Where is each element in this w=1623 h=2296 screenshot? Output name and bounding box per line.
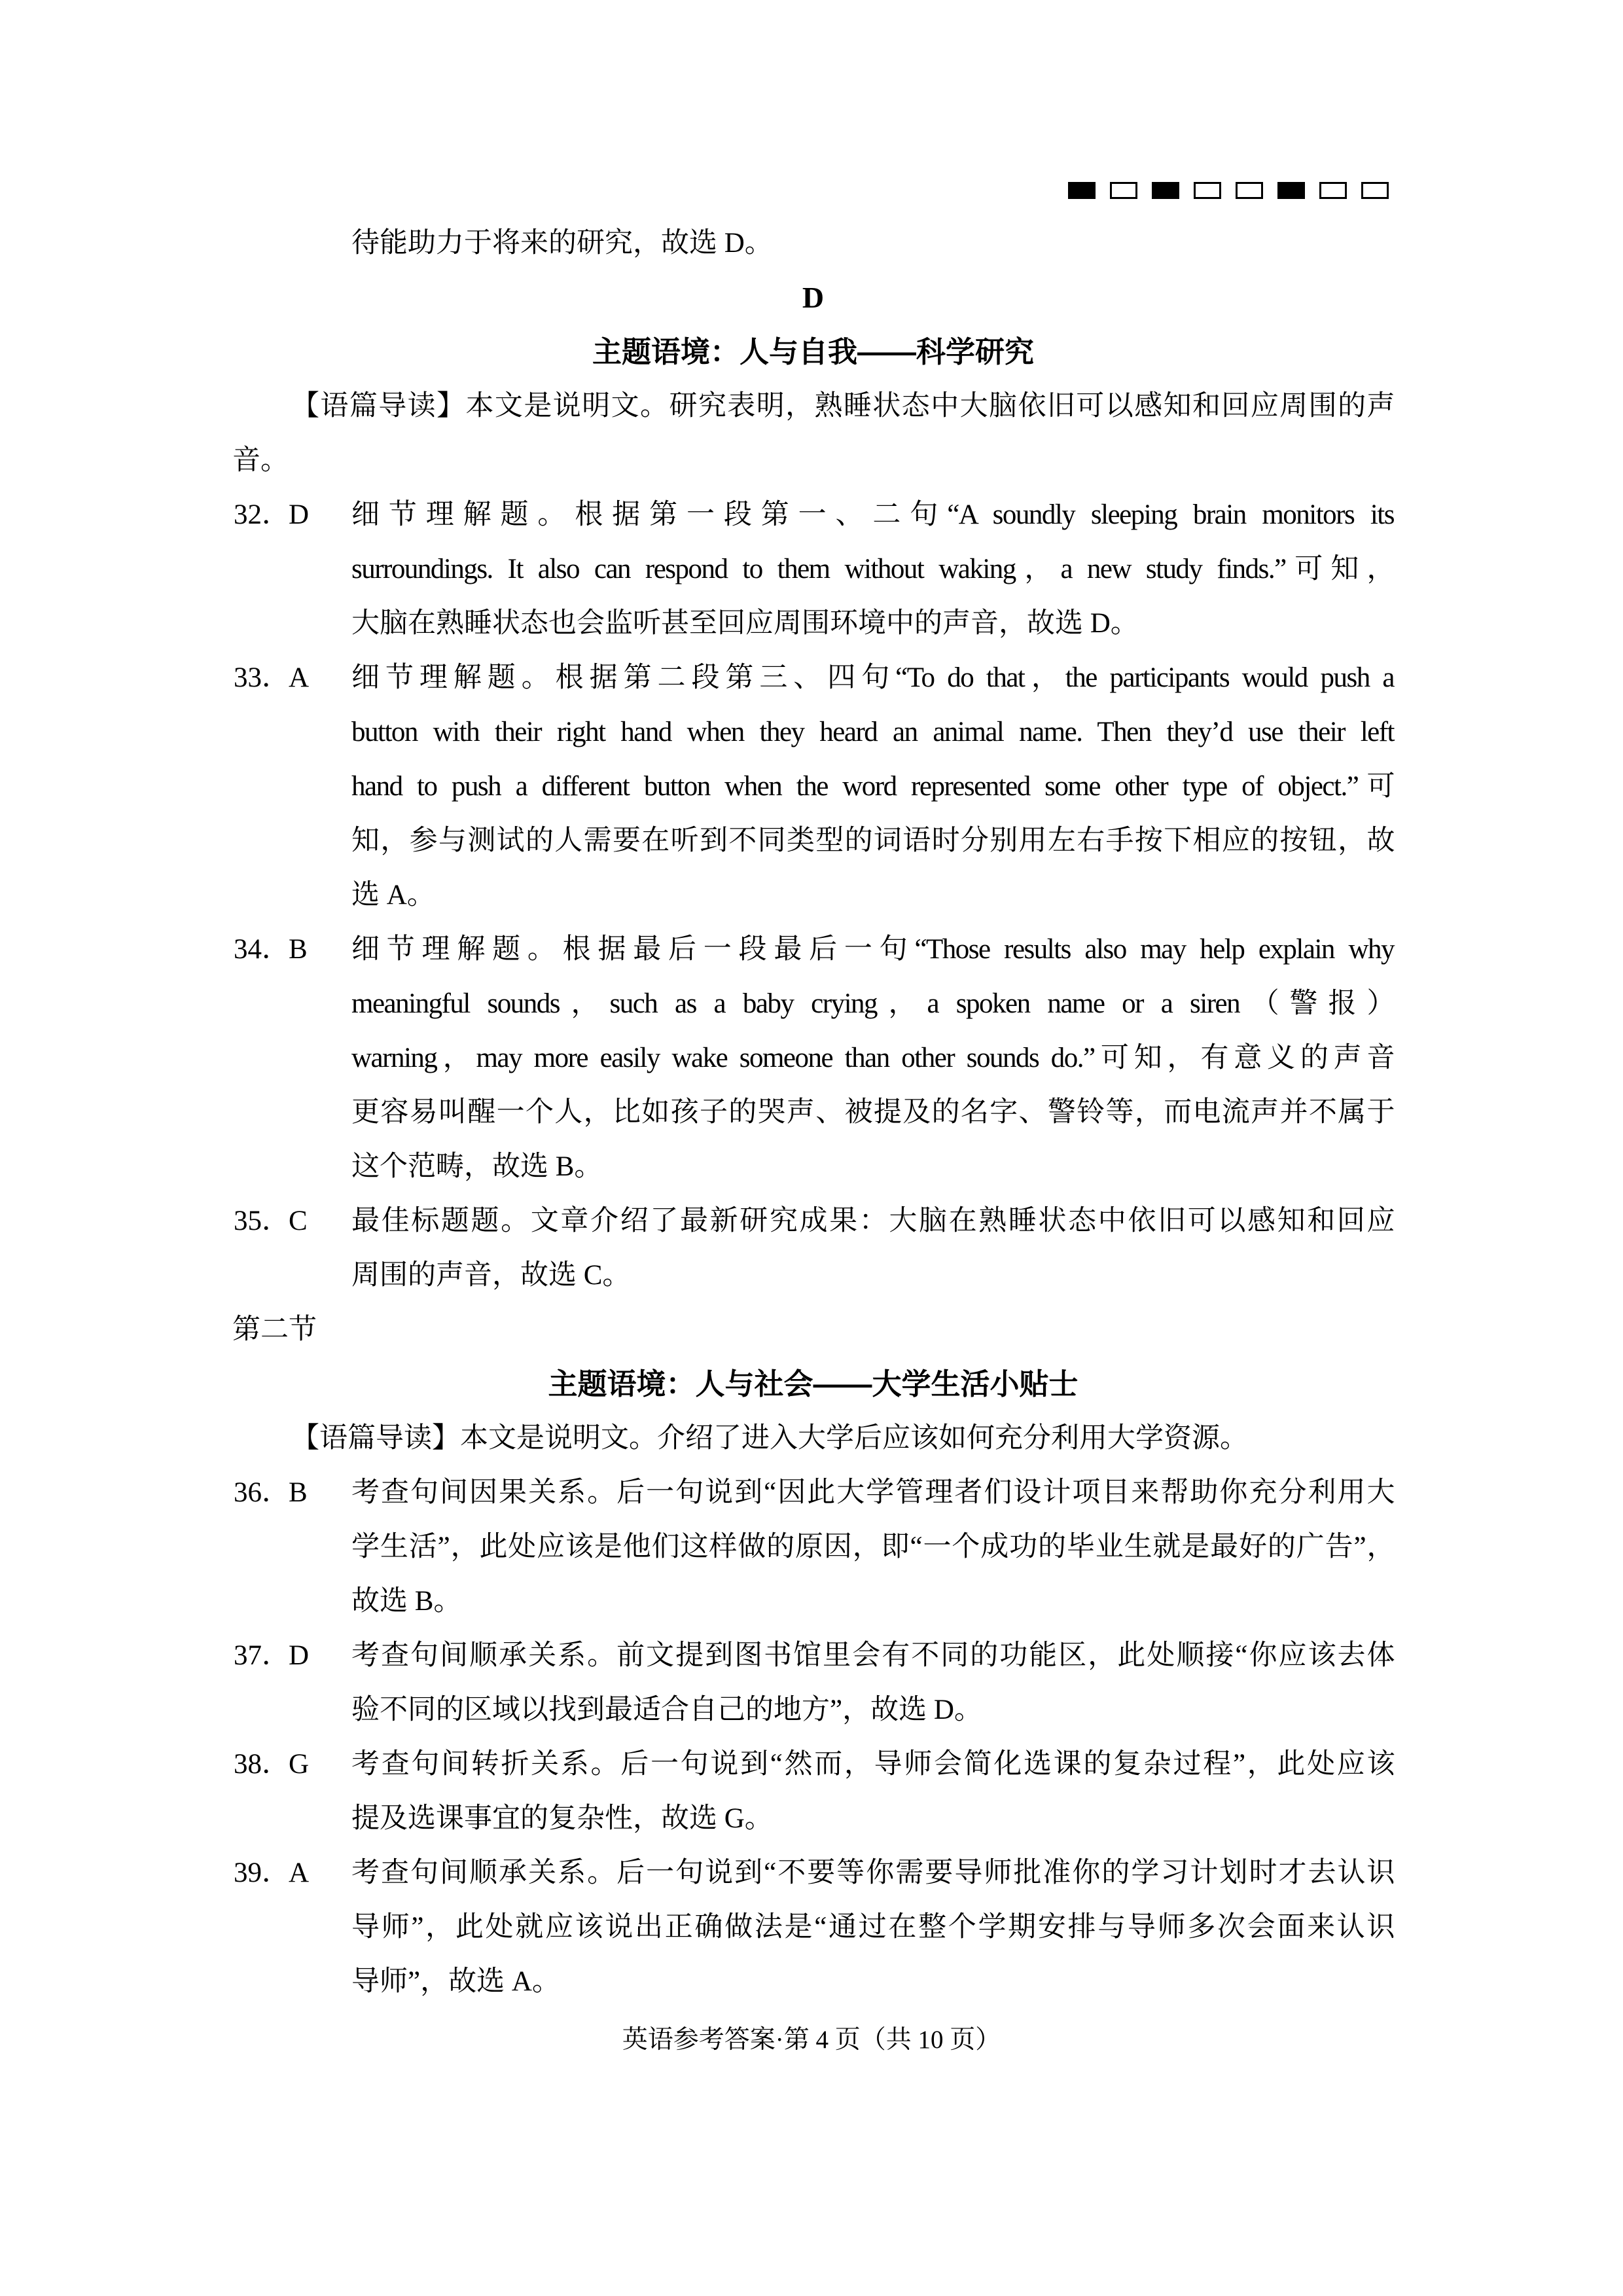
page-footer: 英语参考答案·第 4 页（共 10 页） (0, 2024, 1623, 2056)
answer-letter: B (289, 922, 308, 977)
explanation-continuation-line: 导师”，此处就应该说出正确做法是“通过在整个学期安排与导师多次会面来认识 (232, 1900, 1394, 1954)
line-text: 细节理解题。根据第二段第三、四句“To do that，the particip… (351, 651, 1394, 705)
line-text: 主题语境：人与自我——科学研究 (232, 325, 1394, 379)
item-number: 35． (234, 1194, 290, 1248)
explanation-continuation-line: 提及选课事宜的复杂性，故选 G。 (232, 1791, 1394, 1846)
line-text: 细节理解题。根据最后一段最后一句“Those results also may … (351, 922, 1394, 977)
explanation-continuation-line: 故选 B。 (232, 1574, 1394, 1628)
explanation-continuation-line: 大脑在熟睡状态也会监听甚至回应周围环境中的声音，故选 D。 (232, 596, 1394, 651)
content-area: 待能助力于将来的研究，故选 D。D主题语境：人与自我——科学研究【语篇导读】本文… (232, 216, 1394, 2009)
item-number: 36． (234, 1465, 290, 1520)
line-text: 考查句间顺承关系。后一句说到“不要等你需要导师批准你的学习计划时才去认识 (351, 1846, 1394, 1900)
answer-letter: D (289, 488, 309, 542)
line-text: 主题语境：人与社会——大学生活小贴士 (232, 1357, 1394, 1411)
answer-item-line: 33．A细节理解题。根据第二段第三、四句“To do that，the part… (232, 651, 1394, 705)
line-text: 周围的声音，故选 C。 (351, 1248, 1394, 1302)
line-text: 待能助力于将来的研究，故选 D。 (351, 216, 1394, 270)
explanation-continuation-line: 知，参与测试的人需要在听到不同类型的词语时分别用左右手按下相应的按钮，故 (232, 814, 1394, 868)
line-text: 这个范畴，故选 B。 (351, 1139, 1394, 1194)
explanation-continuation-line: 周围的声音，故选 C。 (232, 1248, 1394, 1302)
line-text: 导师”，故选 A。 (351, 1954, 1394, 2009)
margin-text-line: 音。 (232, 433, 1394, 488)
answer-item-line: 36．B考查句间因果关系。后一句说到“因此大学管理者们设计项目来帮助你充分利用大 (232, 1465, 1394, 1520)
calibration-square-filled (1068, 182, 1096, 199)
line-text: 大脑在熟睡状态也会监听甚至回应周围环境中的声音，故选 D。 (351, 596, 1394, 651)
line-text: 考查句间因果关系。后一句说到“因此大学管理者们设计项目来帮助你充分利用大 (351, 1465, 1394, 1520)
line-text: 音。 (232, 433, 1394, 488)
explanation-continuation-line: hand to push a different button when the… (232, 759, 1394, 814)
line-text: 【语篇导读】本文是说明文。研究表明，熟睡状态中大脑依旧可以感知和回应周围的声 (232, 379, 1394, 433)
answer-item-line: 37．D考查句间顺承关系。前文提到图书馆里会有不同的功能区，此处顺接“你应该去体 (232, 1628, 1394, 1683)
line-text: 学生活”，此处应该是他们这样做的原因，即“一个成功的毕业生就是最好的广告”， (351, 1520, 1394, 1574)
explanation-continuation-line: warning，may more easily wake someone tha… (232, 1031, 1394, 1085)
answer-item-line: 32．D细节理解题。根据第一段第一、二句“A soundly sleeping … (232, 488, 1394, 542)
line-text: 第二节 (232, 1302, 1394, 1357)
explanation-continuation-line: 待能助力于将来的研究，故选 D。 (232, 216, 1394, 270)
section-letter: D (232, 270, 1394, 325)
explanation-continuation-line: 更容易叫醒一个人，比如孩子的哭声、被提及的名字、警铃等，而电流声并不属于 (232, 1085, 1394, 1139)
answer-item-line: 39．A考查句间顺承关系。后一句说到“不要等你需要导师批准你的学习计划时才去认识 (232, 1846, 1394, 1900)
answer-key-page: 待能助力于将来的研究，故选 D。D主题语境：人与自我——科学研究【语篇导读】本文… (0, 0, 1623, 2296)
line-text: 知，参与测试的人需要在听到不同类型的词语时分别用左右手按下相应的按钮，故 (351, 814, 1394, 868)
item-number: 39． (234, 1846, 290, 1900)
line-text: 【语篇导读】本文是说明文。介绍了进入大学后应该如何充分利用大学资源。 (232, 1411, 1394, 1465)
line-text: 更容易叫醒一个人，比如孩子的哭声、被提及的名字、警铃等，而电流声并不属于 (351, 1085, 1394, 1139)
margin-text-line: 第二节 (232, 1302, 1394, 1357)
registration-marks (1068, 182, 1389, 199)
explanation-continuation-line: meaningful sounds，such as a baby crying，… (232, 977, 1394, 1031)
calibration-square-filled (1152, 182, 1179, 199)
calibration-square-filled (1277, 182, 1305, 199)
section-heading: 主题语境：人与社会——大学生活小贴士 (232, 1357, 1394, 1411)
item-number: 38． (234, 1737, 290, 1791)
line-text: 故选 B。 (351, 1574, 1394, 1628)
answer-letter: C (289, 1194, 308, 1248)
answer-letter: B (289, 1465, 308, 1520)
line-text: 验不同的区域以找到最适合自己的地方”，故选 D。 (351, 1683, 1394, 1737)
passage-intro-line: 【语篇导读】本文是说明文。研究表明，熟睡状态中大脑依旧可以感知和回应周围的声 (232, 379, 1394, 433)
explanation-continuation-line: 验不同的区域以找到最适合自己的地方”，故选 D。 (232, 1683, 1394, 1737)
line-text: D (232, 270, 1394, 325)
answer-letter: G (289, 1737, 309, 1791)
calibration-square-empty (1361, 182, 1389, 199)
item-number: 33． (234, 651, 290, 705)
calibration-square-empty (1110, 182, 1137, 199)
line-text: 提及选课事宜的复杂性，故选 G。 (351, 1791, 1394, 1846)
calibration-square-empty (1319, 182, 1347, 199)
section-heading: 主题语境：人与自我——科学研究 (232, 325, 1394, 379)
line-text: 考查句间顺承关系。前文提到图书馆里会有不同的功能区，此处顺接“你应该去体 (351, 1628, 1394, 1683)
item-number: 32． (234, 488, 290, 542)
explanation-continuation-line: 这个范畴，故选 B。 (232, 1139, 1394, 1194)
line-text: meaningful sounds，such as a baby crying，… (351, 977, 1394, 1031)
passage-intro-line: 【语篇导读】本文是说明文。介绍了进入大学后应该如何充分利用大学资源。 (232, 1411, 1394, 1465)
line-text: 选 A。 (351, 868, 1394, 922)
explanation-continuation-line: button with their right hand when they h… (232, 705, 1394, 759)
line-text: button with their right hand when they h… (351, 705, 1394, 759)
answer-letter: A (289, 651, 309, 705)
line-text: 最佳标题题。文章介绍了最新研究成果：大脑在熟睡状态中依旧可以感知和回应 (351, 1194, 1394, 1248)
answer-letter: A (289, 1846, 309, 1900)
explanation-continuation-line: 导师”，故选 A。 (232, 1954, 1394, 2009)
answer-letter: D (289, 1628, 309, 1683)
line-text: 考查句间转折关系。后一句说到“然而，导师会简化选课的复杂过程”，此处应该 (351, 1737, 1394, 1791)
answer-item-line: 34．B细节理解题。根据最后一段最后一句“Those results also … (232, 922, 1394, 977)
item-number: 37． (234, 1628, 290, 1683)
calibration-square-empty (1194, 182, 1221, 199)
explanation-continuation-line: 学生活”，此处应该是他们这样做的原因，即“一个成功的毕业生就是最好的广告”， (232, 1520, 1394, 1574)
answer-item-line: 35．C最佳标题题。文章介绍了最新研究成果：大脑在熟睡状态中依旧可以感知和回应 (232, 1194, 1394, 1248)
line-text: warning，may more easily wake someone tha… (351, 1031, 1394, 1085)
answer-item-line: 38．G考查句间转折关系。后一句说到“然而，导师会简化选课的复杂过程”，此处应该 (232, 1737, 1394, 1791)
line-text: 导师”，此处就应该说出正确做法是“通过在整个学期安排与导师多次会面来认识 (351, 1900, 1394, 1954)
item-number: 34． (234, 922, 290, 977)
line-text: hand to push a different button when the… (351, 759, 1394, 814)
line-text: 细节理解题。根据第一段第一、二句“A soundly sleeping brai… (351, 488, 1394, 542)
explanation-continuation-line: surroundings. It also can respond to the… (232, 542, 1394, 596)
line-text: surroundings. It also can respond to the… (351, 542, 1394, 596)
explanation-continuation-line: 选 A。 (232, 868, 1394, 922)
calibration-square-empty (1236, 182, 1263, 199)
